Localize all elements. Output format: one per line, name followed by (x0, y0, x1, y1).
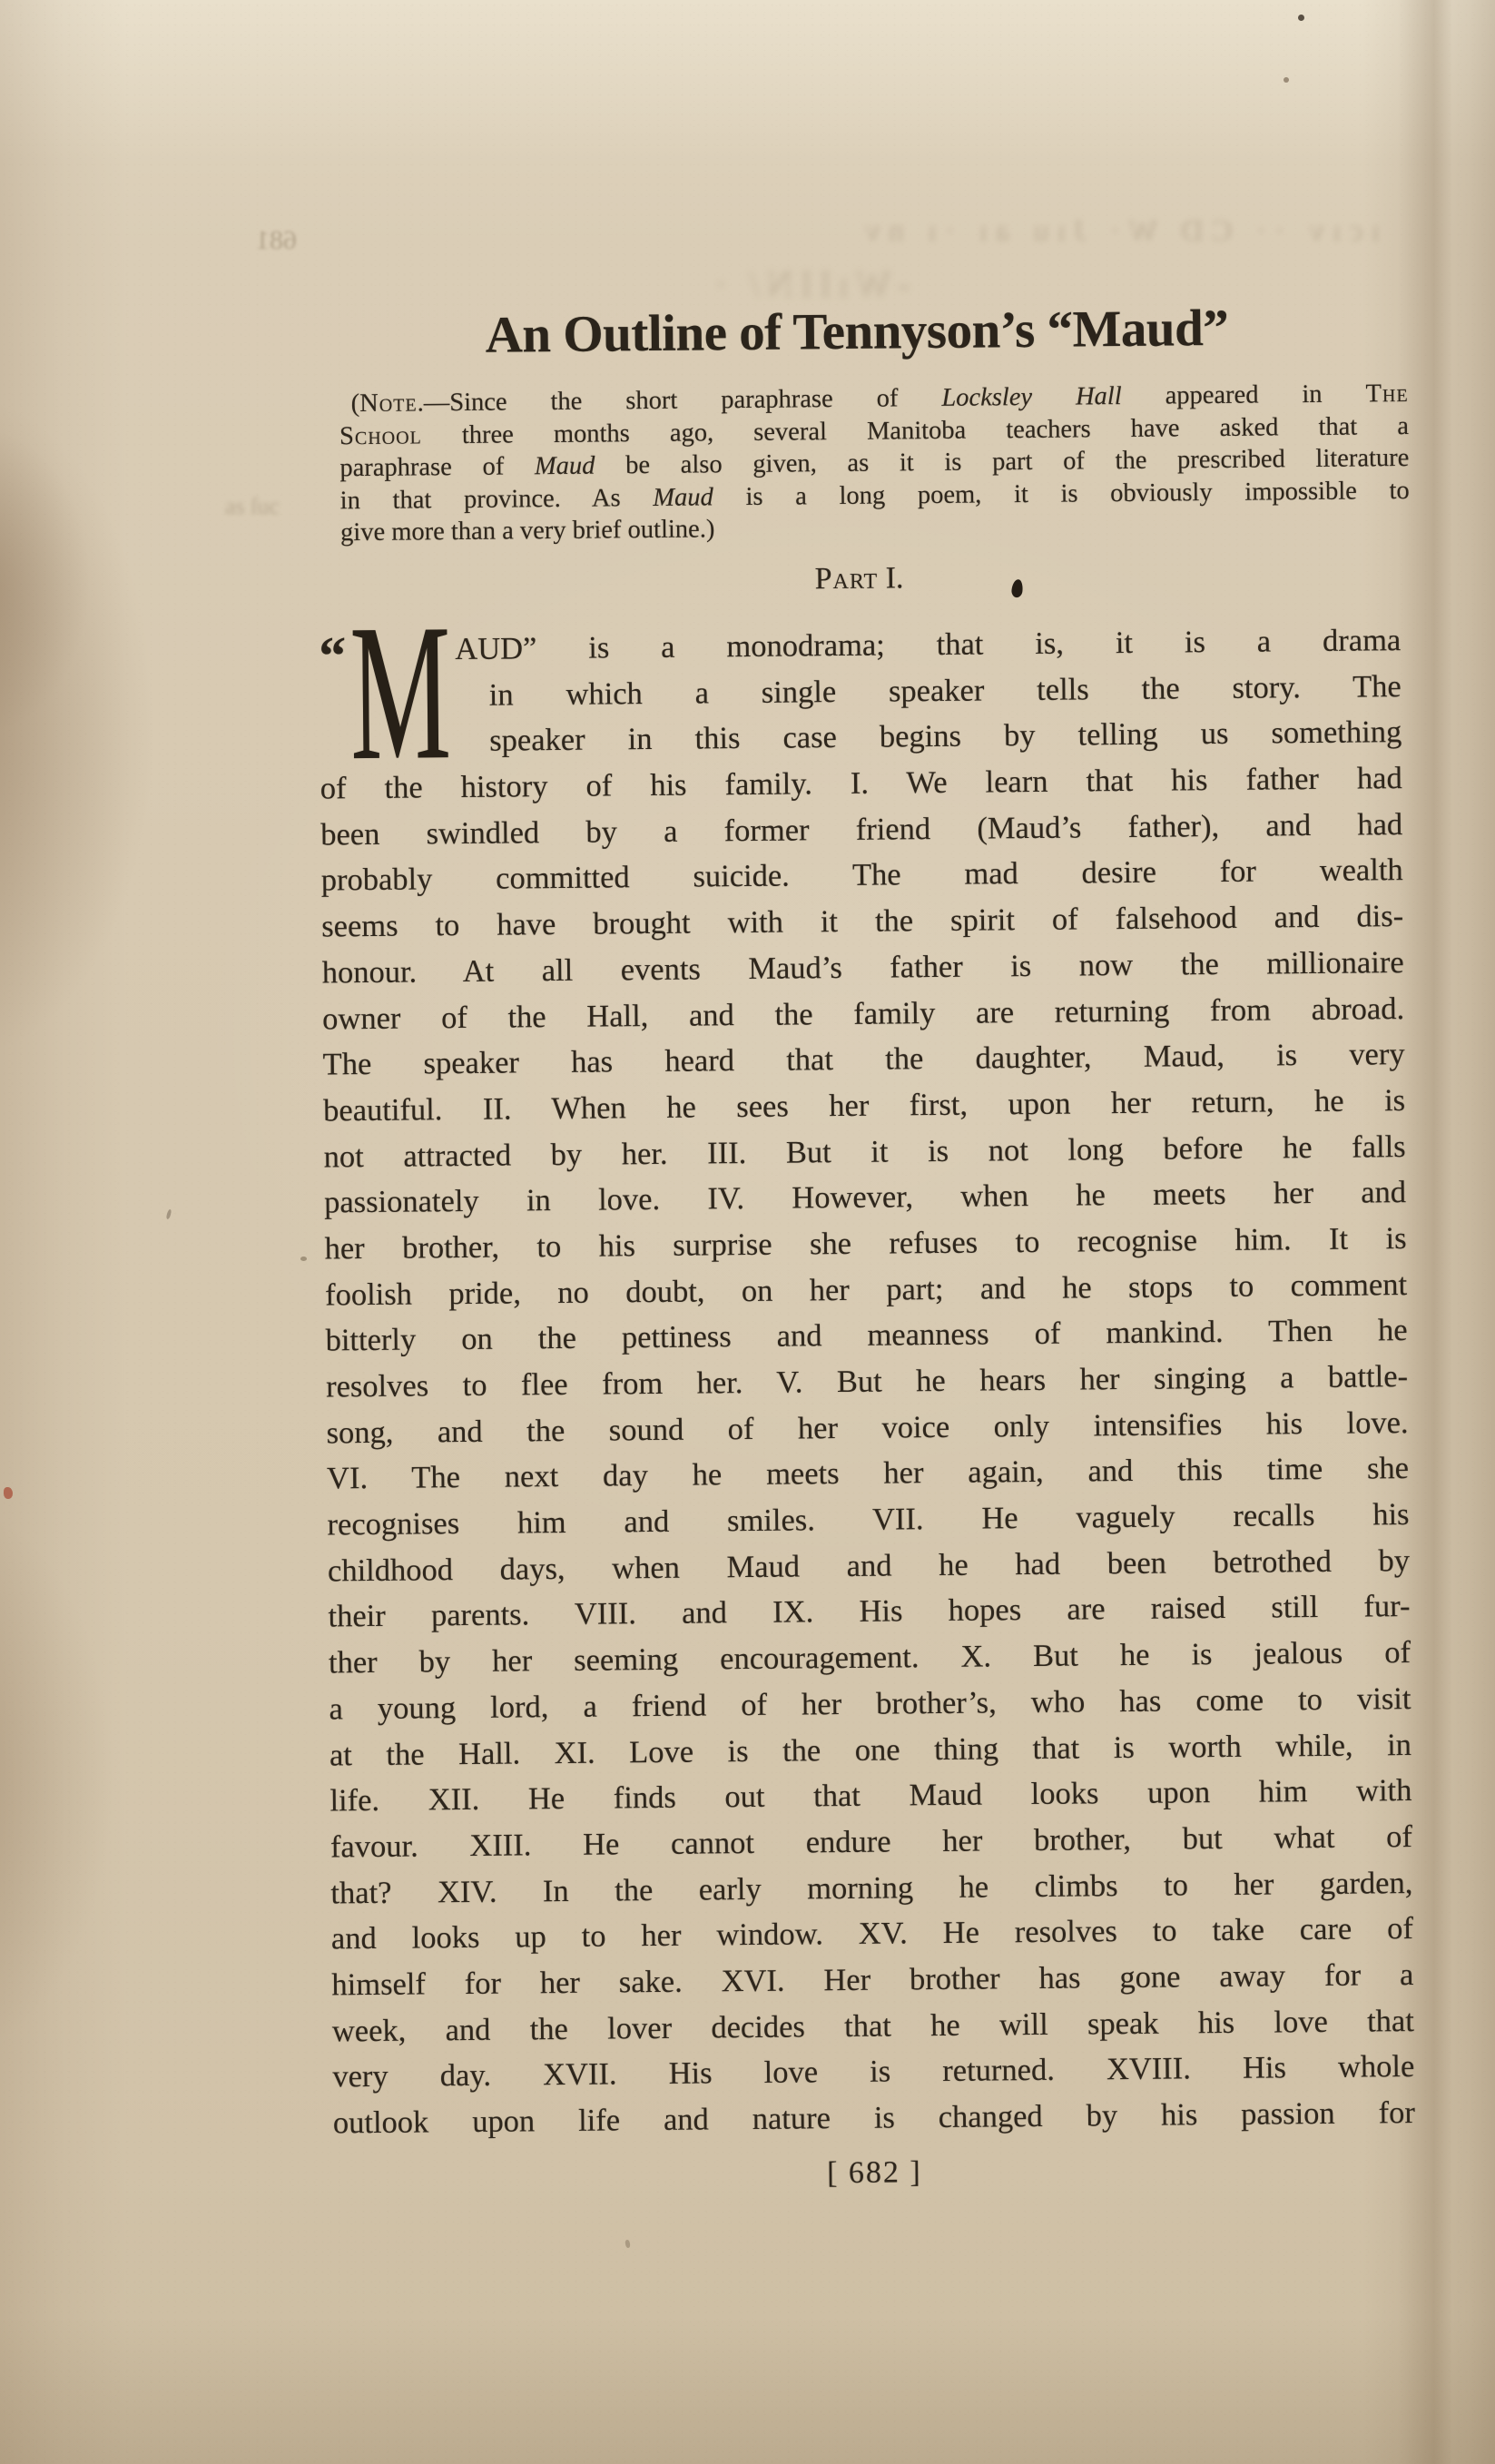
page-number: [ 682 ] (333, 2151, 1415, 2195)
body-lines: AUD” is a monodrama; that is, it is a dr… (319, 617, 1415, 2146)
editorial-note-paragraph: (Note.—Since the short paraphrase of Loc… (339, 378, 1411, 549)
scanned-book-page: 681 ıcıv ·· CD W· Jıu aı ·ı nv -WıIIN/ ·… (0, 0, 1495, 2464)
part-heading: Part I. (318, 557, 1400, 601)
body-text-column: “ M AUD” is a monodrama; that is, it is … (319, 617, 1415, 2146)
text-line: Part I. (318, 557, 1400, 601)
text-line: outlook upon life and nature is changed … (333, 2090, 1415, 2146)
article-title: An Outline of Tennyson’s “Maud” (316, 297, 1399, 366)
page-content: An Outline of Tennyson’s “Maud” (Note.—S… (0, 0, 1495, 2464)
